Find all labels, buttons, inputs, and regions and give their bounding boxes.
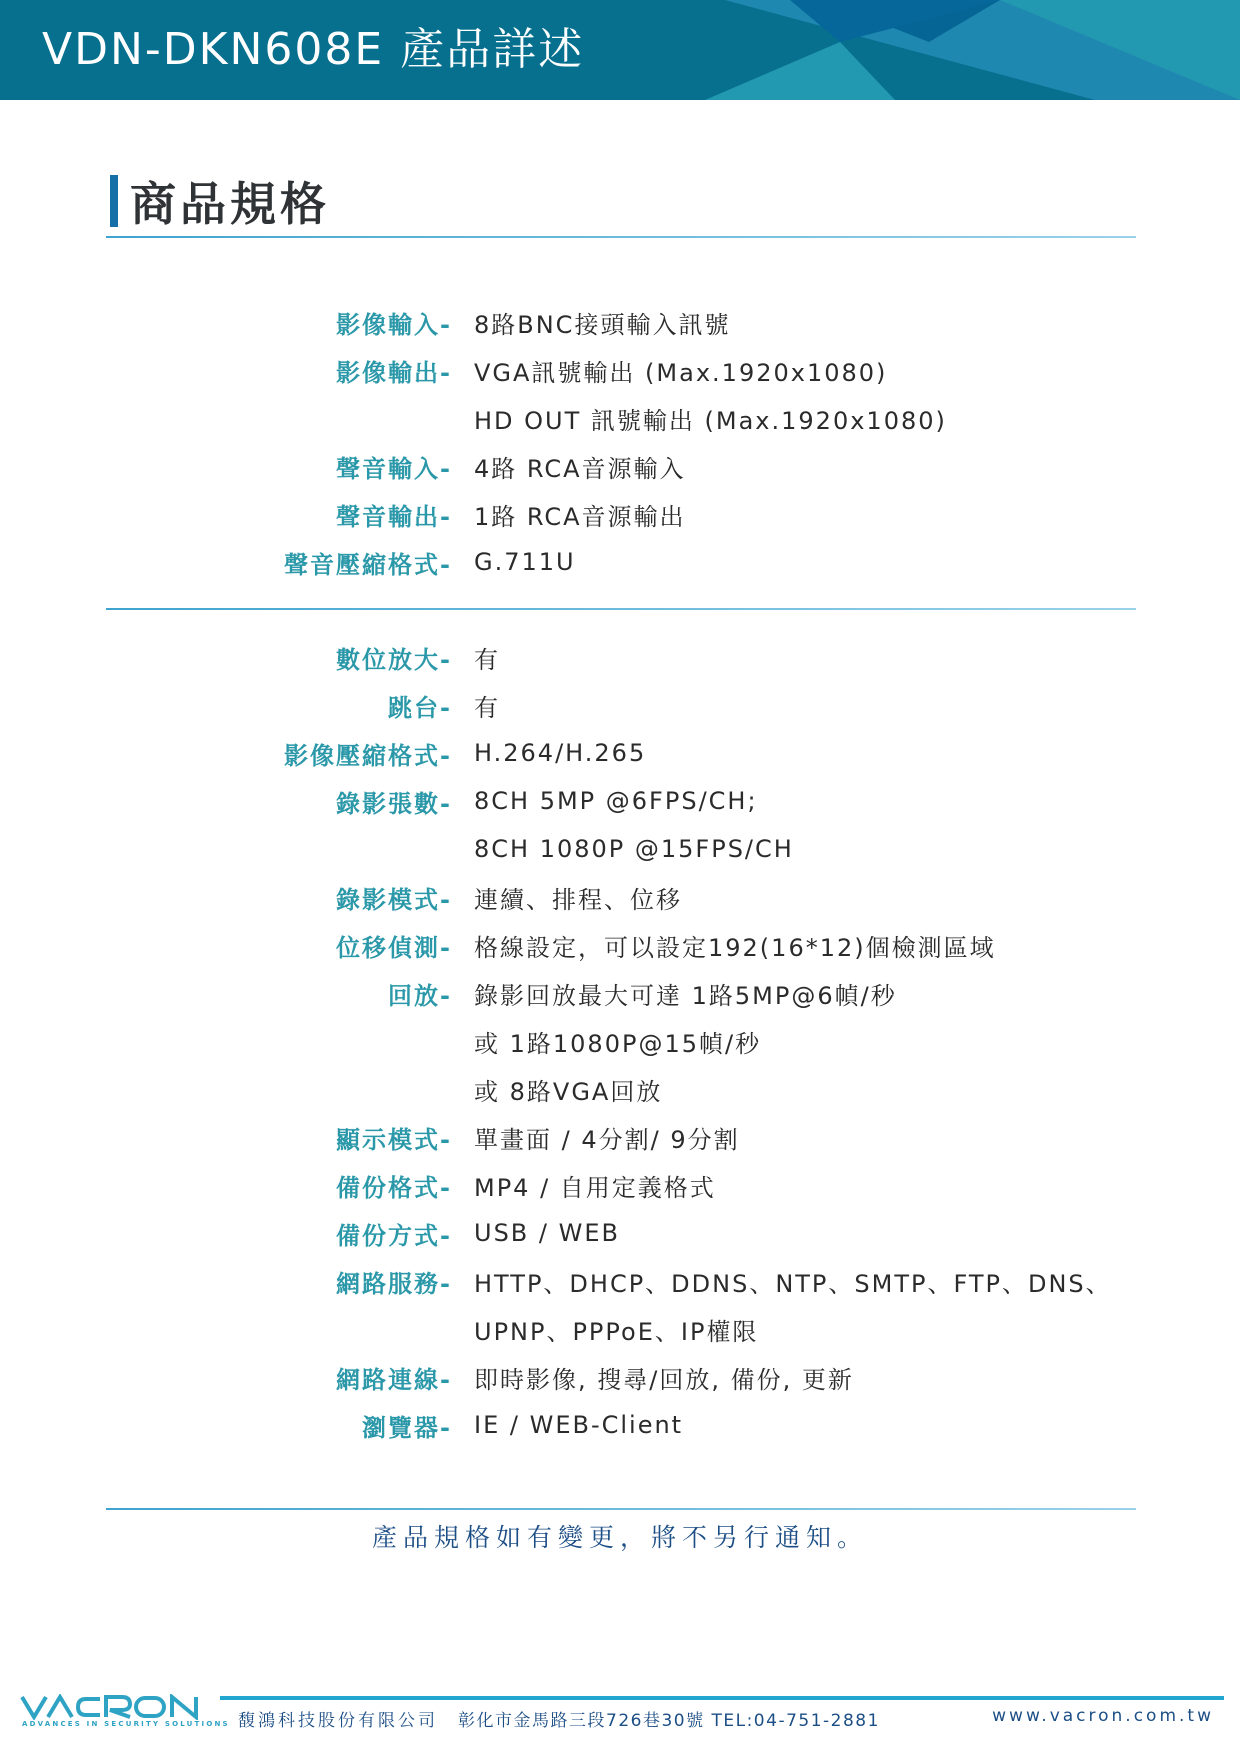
vacron-logo xyxy=(20,1694,210,1720)
spec-row: 影像壓縮格式- H.264/H.265 xyxy=(0,729,1240,777)
spec-label: 錄影張數- xyxy=(0,784,452,819)
spec-value: USB / WEB xyxy=(474,1219,620,1247)
spec-value: IE / WEB-Client xyxy=(474,1411,683,1439)
spec-value: UPNP、PPPoE、IP權限 xyxy=(474,1312,758,1347)
spec-label: 網路服務- xyxy=(0,1264,452,1299)
spec-row: 或 8路VGA回放 xyxy=(0,1065,1240,1113)
spec-row: 數位放大- 有 xyxy=(0,633,1240,681)
spec-value: 有 xyxy=(474,688,500,723)
accent-bar xyxy=(110,175,118,227)
spec-row: HD OUT 訊號輸出 (Max.1920x1080) xyxy=(0,394,1240,442)
spec-row: UPNP、PPPoE、IP權限 xyxy=(0,1305,1240,1353)
divider xyxy=(106,608,1136,610)
spec-row: 錄影張數- 8CH 5MP @6FPS/CH; xyxy=(0,777,1240,825)
spec-value: 錄影回放最大可達 1路5MP@6幀/秒 xyxy=(474,976,897,1011)
spec-label: 瀏覽器- xyxy=(0,1408,452,1443)
company-name: 馥鴻科技股份有限公司 xyxy=(238,1706,438,1731)
spec-row: 備份方式- USB / WEB xyxy=(0,1209,1240,1257)
spec-row: 網路服務- HTTP、DHCP、DDNS、NTP、SMTP、FTP、DNS、 xyxy=(0,1257,1240,1305)
spec-label: 影像輸入- xyxy=(0,305,452,340)
disclaimer-note: 產品規格如有變更，將不另行通知。 xyxy=(0,1518,1240,1554)
divider xyxy=(106,236,1136,238)
spec-value: 8CH 5MP @6FPS/CH; xyxy=(474,787,758,815)
spec-value: 4路 RCA音源輸入 xyxy=(474,449,686,484)
spec-label: 數位放大- xyxy=(0,640,452,675)
spec-row: 位移偵測- 格線設定，可以設定192(16*12)個檢測區域 xyxy=(0,921,1240,969)
company-address: 彰化市金馬路三段726巷30號 TEL:04-751-2881 xyxy=(458,1706,880,1731)
spec-row: 顯示模式- 單畫面 / 4分割/ 9分割 xyxy=(0,1113,1240,1161)
spec-label: 位移偵測- xyxy=(0,928,452,963)
spec-row: 備份格式- MP4 / 自用定義格式 xyxy=(0,1161,1240,1209)
spec-value: 或 8路VGA回放 xyxy=(474,1072,662,1107)
spec-value: HTTP、DHCP、DDNS、NTP、SMTP、FTP、DNS、 xyxy=(474,1264,1112,1299)
spec-label: 網路連線- xyxy=(0,1360,452,1395)
spec-value: 1路 RCA音源輸出 xyxy=(474,497,686,532)
section-heading: 商品規格 xyxy=(110,168,330,234)
spec-label: 備份方式- xyxy=(0,1216,452,1251)
spec-label: 影像壓縮格式- xyxy=(0,736,452,771)
website-link[interactable]: www.vacron.com.tw xyxy=(992,1706,1214,1726)
spec-row: 跳台- 有 xyxy=(0,681,1240,729)
spec-value: VGA訊號輸出 (Max.1920x1080) xyxy=(474,353,887,388)
spec-label: 錄影模式- xyxy=(0,880,452,915)
spec-value: MP4 / 自用定義格式 xyxy=(474,1168,716,1203)
spec-row: 聲音輸出- 1路 RCA音源輸出 xyxy=(0,490,1240,538)
spec-row: 影像輸入- 8路BNC接頭輸入訊號 xyxy=(0,298,1240,346)
spec-row: 或 1路1080P@15幀/秒 xyxy=(0,1017,1240,1065)
spec-label: 備份格式- xyxy=(0,1168,452,1203)
spec-label: 影像輸出- xyxy=(0,353,452,388)
spec-row: 回放- 錄影回放最大可達 1路5MP@6幀/秒 xyxy=(0,969,1240,1017)
spec-value: 連續、排程、位移 xyxy=(474,880,682,915)
spec-row: 錄影模式- 連續、排程、位移 xyxy=(0,873,1240,921)
spec-value: H.264/H.265 xyxy=(474,739,646,767)
spec-label: 聲音壓縮格式- xyxy=(0,545,452,580)
section-title: 商品規格 xyxy=(130,168,330,234)
header-banner: VDN-DKN608E 產品詳述 xyxy=(0,0,1240,100)
spec-row: 聲音輸入- 4路 RCA音源輸入 xyxy=(0,442,1240,490)
spec-label: 跳台- xyxy=(0,688,452,723)
spec-row: 影像輸出- VGA訊號輸出 (Max.1920x1080) xyxy=(0,346,1240,394)
spec-value: 格線設定，可以設定192(16*12)個檢測區域 xyxy=(474,928,996,963)
spec-value: G.711U xyxy=(474,548,576,576)
page-title: VDN-DKN608E 產品詳述 xyxy=(42,18,584,82)
footer-divider xyxy=(220,1696,1224,1700)
spec-label: 聲音輸出- xyxy=(0,497,452,532)
spec-row: 8CH 1080P @15FPS/CH xyxy=(0,825,1240,873)
spec-label: 回放- xyxy=(0,976,452,1011)
spec-value: 即時影像, 搜尋/回放, 備份, 更新 xyxy=(474,1360,854,1395)
logo-tagline: ADVANCES IN SECURITY SOLUTIONS xyxy=(22,1720,230,1728)
spec-row: 聲音壓縮格式- G.711U xyxy=(0,538,1240,586)
spec-value: 8CH 1080P @15FPS/CH xyxy=(474,835,794,863)
divider xyxy=(106,1508,1136,1510)
spec-value: 有 xyxy=(474,640,500,675)
spec-label: 顯示模式- xyxy=(0,1120,452,1155)
spec-value: 單畫面 / 4分割/ 9分割 xyxy=(474,1120,740,1155)
spec-value: HD OUT 訊號輸出 (Max.1920x1080) xyxy=(474,401,947,436)
spec-row: 網路連線- 即時影像, 搜尋/回放, 備份, 更新 xyxy=(0,1353,1240,1401)
spec-label: 聲音輸入- xyxy=(0,449,452,484)
spec-row: 瀏覽器- IE / WEB-Client xyxy=(0,1401,1240,1449)
spec-value: 或 1路1080P@15幀/秒 xyxy=(474,1024,761,1059)
spec-value: 8路BNC接頭輸入訊號 xyxy=(474,305,730,340)
